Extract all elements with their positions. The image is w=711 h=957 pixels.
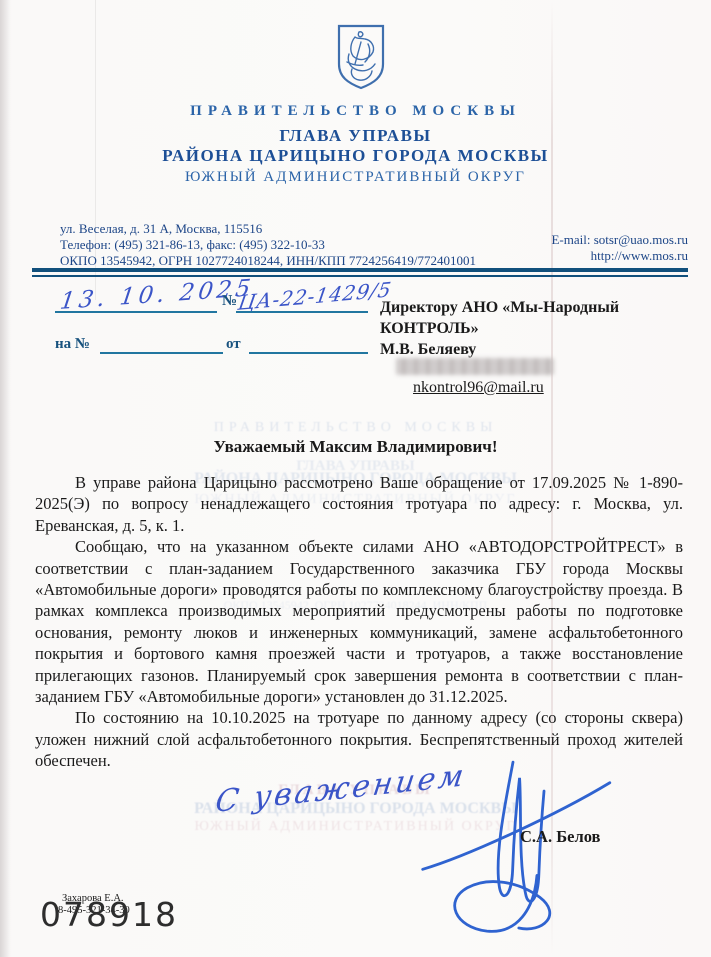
recipient-block: Директору АНО «Мы-Народный КОНТРОЛЬ» М.В… — [380, 297, 680, 360]
number-label: № — [222, 293, 237, 310]
reply-number-underline — [100, 352, 223, 354]
contact-phone-fax: Телефон: (495) 321-86-13, факс: (495) 32… — [60, 237, 476, 253]
contact-block: ул. Веселая, д. 31 А, Москва, 115516 Тел… — [60, 221, 476, 269]
ghost-text: ПРАВИТЕЛЬСТВО МОСКВЫ — [0, 420, 711, 436]
contact-email: E-mail: sotsr@uao.mos.ru — [450, 232, 688, 248]
contact-block-right: E-mail: sotsr@uao.mos.ru http://www.mos.… — [450, 232, 688, 264]
moscow-coat-of-arms-icon — [335, 24, 387, 90]
contact-codes: ОКПО 13545942, ОГРН 1027724018244, ИНН/К… — [60, 253, 476, 269]
date-underline — [55, 311, 217, 313]
letter-body: В управе района Царицыно рассмотрено Ваш… — [35, 472, 683, 772]
office-title-line2: РАЙОНА ЦАРИЦЫНО ГОРОДА МОСКВЫ — [0, 146, 711, 166]
redacted-contact-info — [396, 358, 554, 375]
recipient-line1: Директору АНО «Мы-Народный — [380, 297, 680, 318]
recipient-line2: КОНТРОЛЬ» — [380, 318, 680, 339]
reply-to-label: на № — [55, 336, 90, 353]
contact-website: http://www.mos.ru — [450, 248, 688, 264]
handwritten-number: ЦА-22-1429/5 — [236, 277, 393, 315]
registration-stamp-number: 078918 — [40, 895, 178, 934]
recipient-line3: М.В. Беляеву — [380, 339, 680, 360]
government-title: ПРАВИТЕЛЬСТВО МОСКВЫ — [0, 103, 711, 120]
contact-address: ул. Веселая, д. 31 А, Москва, 115516 — [60, 221, 476, 237]
office-title-line1: ГЛАВА УПРАВЫ — [0, 126, 711, 146]
signature-scribble — [415, 755, 621, 942]
from-label: от — [226, 336, 241, 353]
number-underline — [236, 311, 368, 313]
scanned-letter-page: ПРАВИТЕЛЬСТВО МОСКВЫ ГЛАВА УПРАВЫ РАЙОНА… — [0, 0, 711, 957]
recipient-email: nkontrol96@mail.ru — [413, 379, 544, 397]
divider-rule-thin — [32, 275, 688, 277]
body-paragraph-1: В управе района Царицыно рассмотрено Ваш… — [35, 472, 683, 536]
salutation: Уважаемый Максим Владимирович! — [0, 437, 711, 457]
district-title: ЮЖНЫЙ АДМИНИСТРАТИВНЫЙ ОКРУГ — [0, 169, 711, 186]
signer-name: С.А. Белов — [520, 827, 600, 847]
from-date-underline — [249, 352, 368, 354]
body-paragraph-2: Сообщаю, что на указанном объекте силами… — [35, 536, 683, 707]
divider-rule-thick — [32, 268, 688, 272]
